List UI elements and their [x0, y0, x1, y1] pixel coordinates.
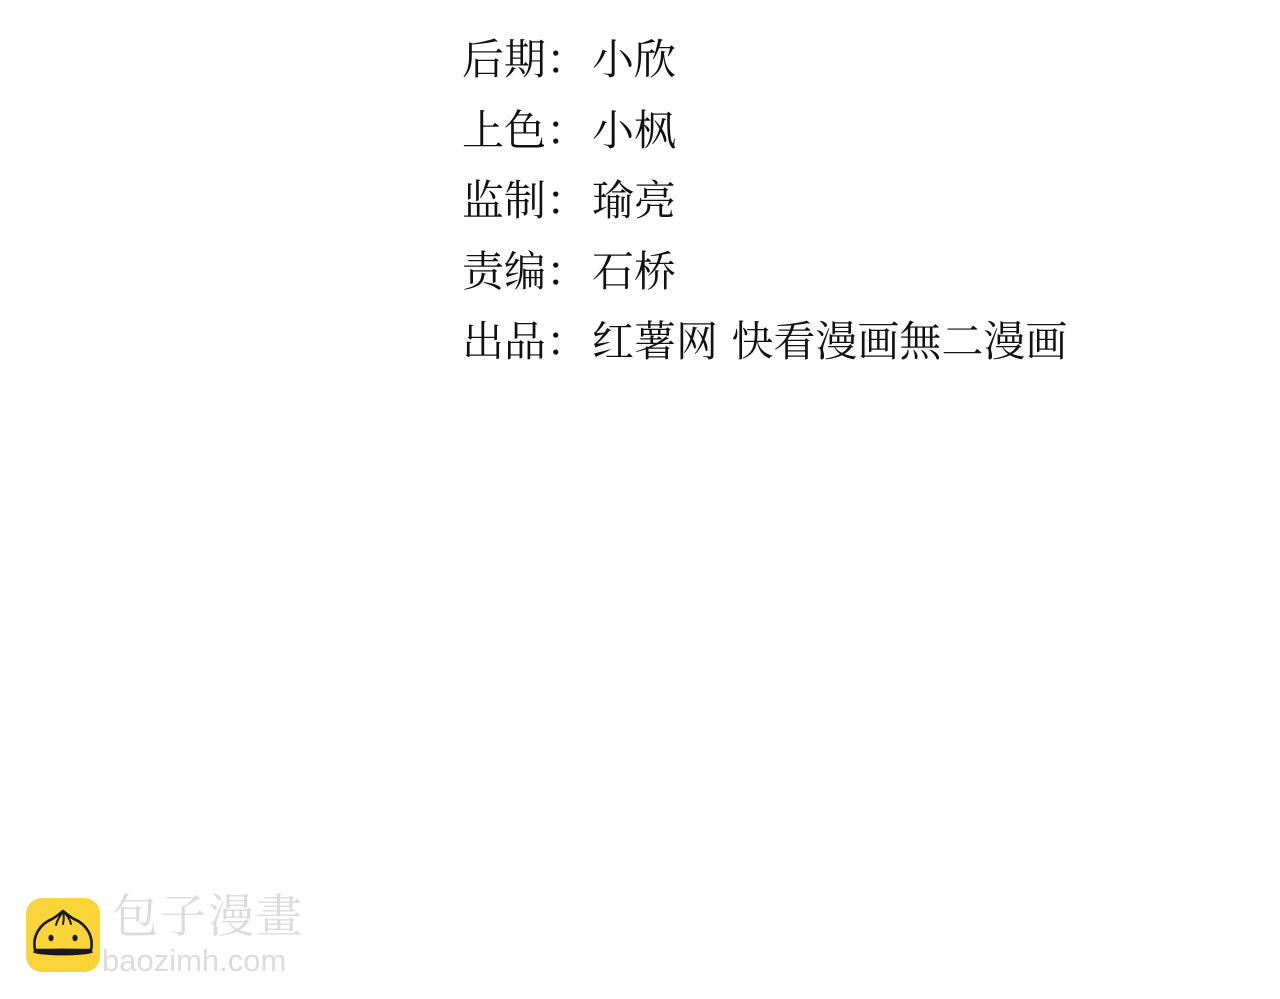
brand-name: 包子漫畫 [112, 893, 304, 943]
credit-row-supervisor: 监制： 瑜亮 [462, 163, 1067, 234]
credit-label: 上色： [462, 98, 592, 158]
credit-value: 石桥 [592, 239, 676, 299]
credit-row-publisher: 出品： 红薯网 快看漫画無二漫画 [462, 304, 1067, 375]
credit-row-editor: 责编： 石桥 [462, 234, 1067, 305]
credit-label: 后期： [462, 27, 592, 87]
credit-value: 红薯网 快看漫画無二漫画 [592, 309, 1067, 369]
brand-domain: baozimh.com [102, 945, 304, 976]
watermark: 包子漫畫 baozimh.com [26, 893, 304, 976]
credit-row-coloring: 上色： 小枫 [462, 93, 1067, 164]
credit-label: 监制： [462, 168, 592, 228]
credit-value: 小枫 [592, 98, 676, 158]
credit-row-post-production: 后期： 小欣 [462, 22, 1067, 93]
credit-value: 瑜亮 [592, 168, 676, 228]
brand-text: 包子漫畫 baozimh.com [112, 893, 304, 976]
baozi-bun-icon [26, 898, 100, 972]
credits-block: 后期： 小欣 上色： 小枫 监制： 瑜亮 责编： 石桥 出品： 红薯网 快看漫画… [462, 22, 1067, 375]
credit-label: 出品： [462, 309, 592, 369]
credit-label: 责编： [462, 239, 592, 299]
credit-value: 小欣 [592, 27, 676, 87]
